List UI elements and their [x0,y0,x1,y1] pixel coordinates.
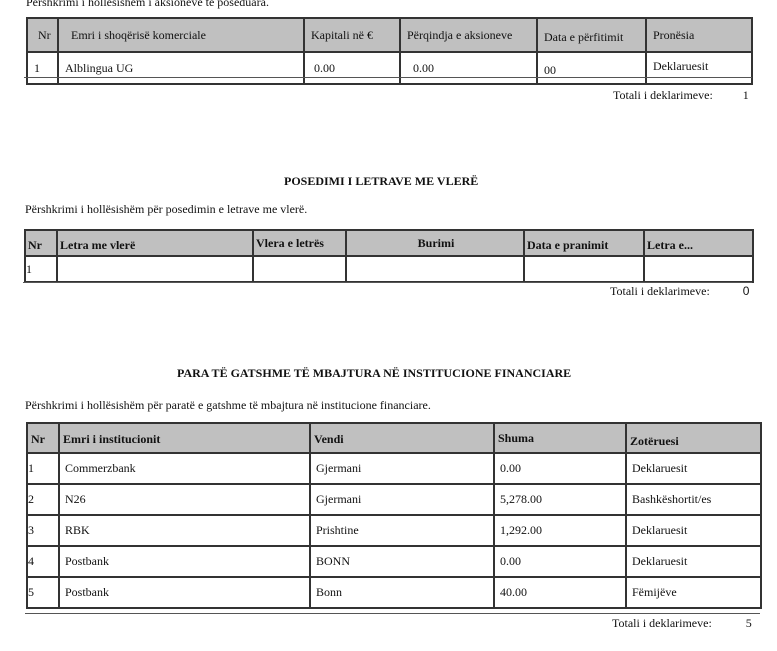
col-company-name: Emri i shoqërisë komerciale [58,18,304,52]
col-owner: Zotëruesi [626,423,761,453]
cell-amount: 5,278.00 [494,484,626,515]
col-nr: Nr [27,18,58,52]
cell-amount: 40.00 [494,577,626,608]
table-divider [24,77,752,78]
cell-capital: 0.00 [304,52,400,84]
cell-location: Bonn [310,577,494,608]
shares-description: Përshkrimi i hollësishëm i aksioneve të … [26,0,269,10]
col-institution: Emri i institucionit [59,423,310,453]
table-row: 4 Postbank BONN 0.00 Deklaruesit [27,546,761,577]
cash-header-row: Nr Emri i institucionit Vendi Shuma Zotë… [27,423,761,453]
table-row: 1 Commerzbank Gjermani 0.00 Deklaruesit [27,453,761,484]
cell-location: Prishtine [310,515,494,546]
cell-institution: N26 [59,484,310,515]
table-row: 5 Postbank Bonn 40.00 Fëmijëve [27,577,761,608]
securities-section-title: POSEDIMI I LETRAVE ME VLERË [284,174,478,189]
cell-nr: 5 [27,577,59,608]
col-acquisition-date: Data e përfitimit [537,18,646,52]
col-capital: Kapitali në € [304,18,400,52]
col-nr: Nr [25,230,57,256]
cell-nr: 1 [25,256,57,282]
total-value: 1 [743,88,749,103]
cash-description: Përshkrimi i hollësishëm për paratë e ga… [25,398,431,413]
cell-security [57,256,253,282]
table-row: 1 [25,256,753,282]
col-share-percentage: Përqindja e aksioneve [400,18,537,52]
cell-receipt-date [524,256,644,282]
cell-institution: Commerzbank [59,453,310,484]
cash-total: Totali i deklarimeve:5 [612,616,752,631]
col-security-more: Letra e... [644,230,753,256]
cell-nr: 3 [27,515,59,546]
col-amount: Shuma [494,423,626,453]
shares-total: Totali i deklarimeve:1 [613,88,749,103]
total-label: Totali i deklarimeve: [610,284,710,298]
cell-amount: 1,292.00 [494,515,626,546]
cell-owner: Deklaruesit [626,546,761,577]
cell-institution: Postbank [59,577,310,608]
table-row: 3 RBK Prishtine 1,292.00 Deklaruesit [27,515,761,546]
cell-owner: Fëmijëve [626,577,761,608]
total-value: 5 [746,616,752,631]
cell-owner: Bashkëshortit/es [626,484,761,515]
cell-owner: Deklaruesit [626,453,761,484]
table-divider [23,282,752,283]
cell-company-name: Alblingua UG [58,52,304,84]
cell-location: Gjermani [310,484,494,515]
total-label: Totali i deklarimeve: [613,88,713,102]
cell-ownership: Deklaruesit [646,52,752,84]
cell-nr: 2 [27,484,59,515]
shares-table: Nr Emri i shoqërisë komerciale Kapitali … [26,17,753,85]
securities-header-row: Nr Letra me vlerë Vlera e letrës Burimi … [25,230,753,256]
securities-total: Totali i deklarimeve:0 [610,284,749,299]
col-receipt-date: Data e pranimit [524,230,644,256]
total-value: 0 [743,284,750,298]
shares-header-row: Nr Emri i shoqërisë komerciale Kapitali … [27,18,752,52]
col-security-value: Vlera e letrës [253,230,346,256]
cell-nr: 1 [27,52,58,84]
table-row: 1 Alblingua UG 0.00 0.00 00 Deklaruesit [27,52,752,84]
cell-location: BONN [310,546,494,577]
cell-amount: 0.00 [494,453,626,484]
cell-source [346,256,524,282]
col-nr: Nr [27,423,59,453]
table-divider [25,613,760,614]
cell-location: Gjermani [310,453,494,484]
cell-security-more [644,256,753,282]
cell-amount: 0.00 [494,546,626,577]
col-location: Vendi [310,423,494,453]
cell-security-value [253,256,346,282]
securities-table: Nr Letra me vlerë Vlera e letrës Burimi … [24,229,754,283]
cell-nr: 1 [27,453,59,484]
col-ownership: Pronësia [646,18,752,52]
cell-acquisition-date: 00 [537,52,646,84]
cell-owner: Deklaruesit [626,515,761,546]
col-security: Letra me vlerë [57,230,253,256]
table-row: 2 N26 Gjermani 5,278.00 Bashkëshortit/es [27,484,761,515]
col-source: Burimi [346,230,524,256]
cell-institution: Postbank [59,546,310,577]
cash-section-title: PARA TË GATSHME TË MBAJTURA NË INSTITUCI… [177,366,571,381]
cell-institution: RBK [59,515,310,546]
cell-share-percentage: 0.00 [400,52,537,84]
total-label: Totali i deklarimeve: [612,616,712,630]
cash-table: Nr Emri i institucionit Vendi Shuma Zotë… [26,422,762,609]
cell-nr: 4 [27,546,59,577]
securities-description: Përshkrimi i hollësishëm për posedimin e… [25,202,307,217]
